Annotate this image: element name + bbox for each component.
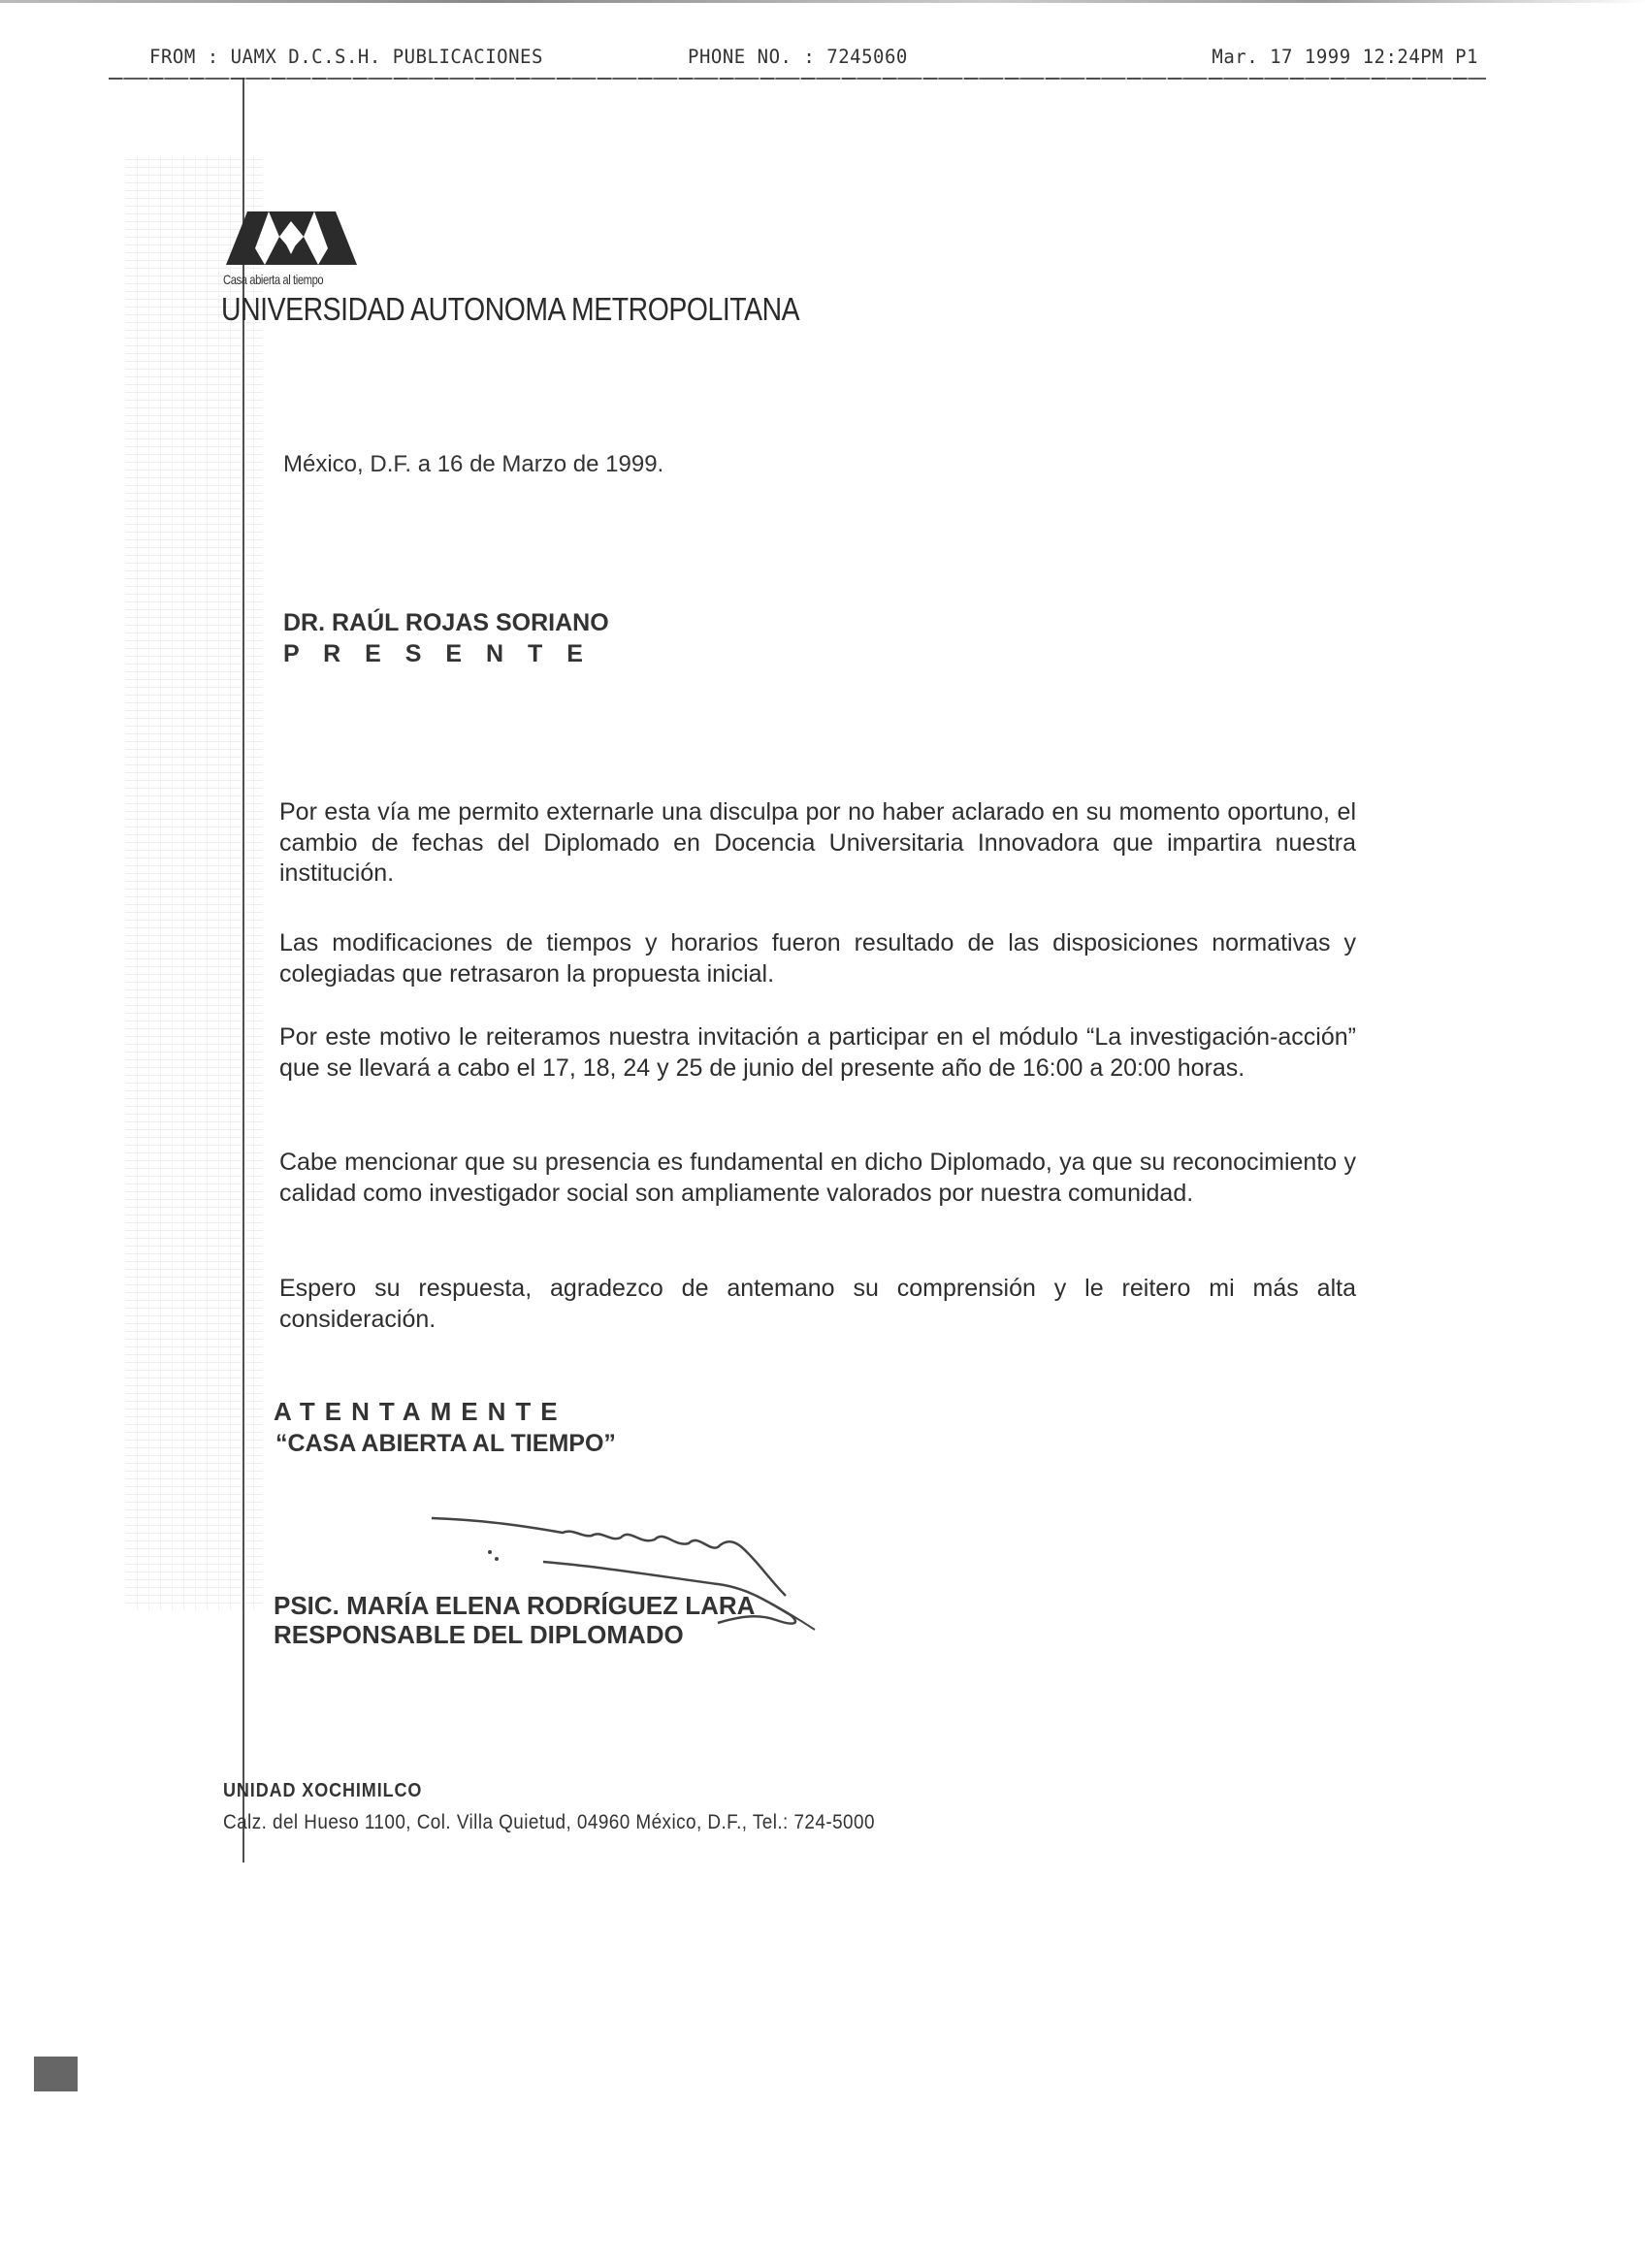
logo-tagline: Casa abierta al tiempo [223,272,323,287]
paragraph-apology: Por esta vía me permito externarle una d… [279,797,1356,890]
fax-header: FROM : UAMX D.C.S.H. PUBLICACIONES PHONE… [149,46,1478,72]
signer-name: PSIC. MARÍA ELENA RODRÍGUEZ LARA [274,1591,755,1621]
closing: ATENTAMENTE [274,1397,567,1427]
scan-margin-mark [34,2057,78,2091]
fax-header-rule [109,78,1486,80]
scan-noise [126,155,262,1610]
fax-timestamp: Mar. 17 1999 12:24PM P1 [1212,46,1478,68]
paragraph-modifications: Las modificaciones de tiempos y horarios… [279,928,1356,989]
motto: “CASA ABIERTA AL TIEMPO” [275,1430,616,1458]
scan-top-edge [0,0,1649,3]
unit-address: Calz. del Hueso 1100, Col. Villa Quietud… [223,1811,875,1834]
uam-logo-icon [226,211,357,265]
paragraph-recognition: Cabe mencionar que su presencia es funda… [279,1148,1356,1209]
fax-sender: FROM : UAMX D.C.S.H. PUBLICACIONES [149,46,543,68]
unit-name: UNIDAD XOCHIMILCO [223,1780,422,1802]
paragraph-closing-remarks: Espero su respuesta, agradezco de antema… [279,1274,1356,1335]
salutation: P R E S E N T E [283,640,592,668]
fax-phone-number: PHONE NO. : 7245060 [688,46,908,68]
institution-name: UNIVERSIDAD AUTONOMA METROPOLITANA [221,291,799,328]
place-date: México, D.F. a 16 de Marzo de 1999. [283,451,663,478]
signer-role: RESPONSABLE DEL DIPLOMADO [274,1620,684,1650]
addressee: DR. RAÚL ROJAS SORIANO [283,609,609,637]
paragraph-invitation: Por este motivo le reiteramos nuestra in… [279,1022,1356,1084]
